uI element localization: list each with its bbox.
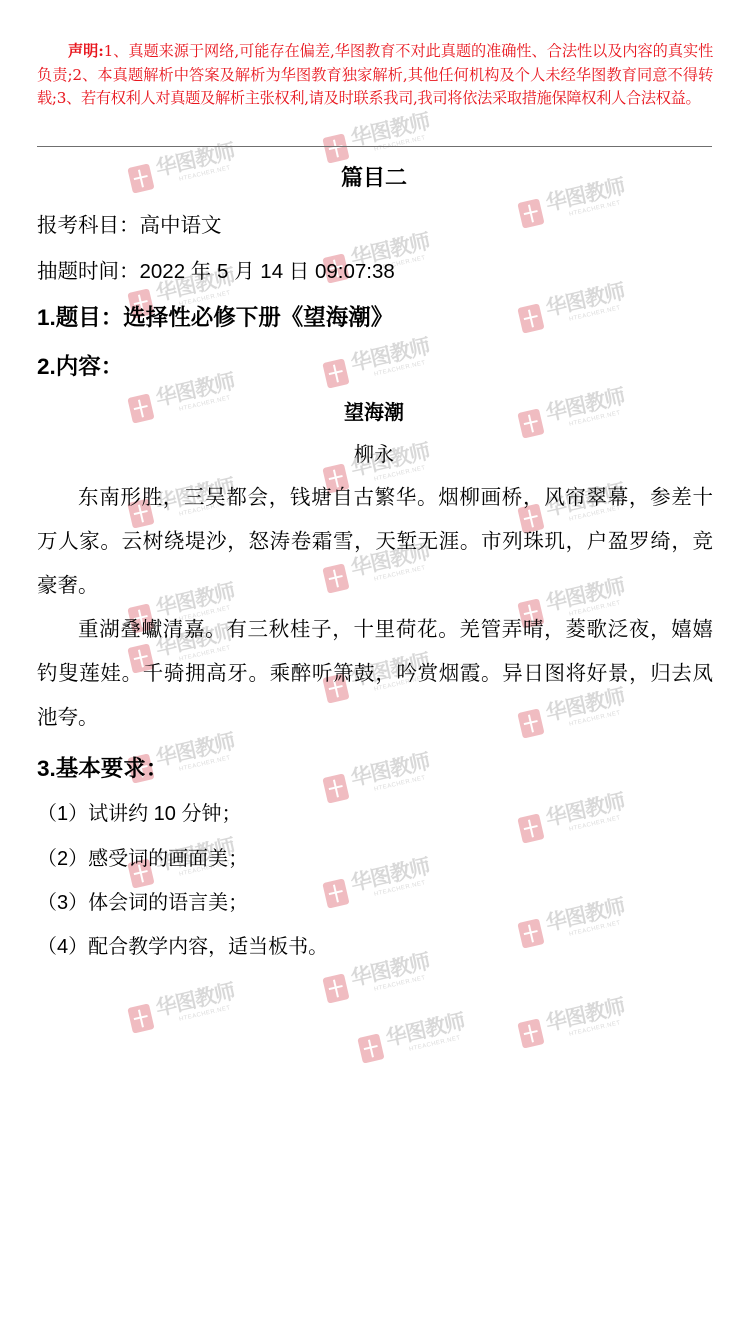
watermark: 华图教师HTEACHER.NET xyxy=(320,327,447,397)
huatu-logo-icon xyxy=(517,198,544,228)
topic-heading: 1.题目：选择性必修下册《望海潮》 xyxy=(37,303,393,333)
watermark: 华图教师HTEACHER.NET xyxy=(320,102,447,172)
watermark-brand: 华图教师 xyxy=(544,280,627,321)
watermark-brand: 华图教师 xyxy=(384,1010,467,1051)
watermark-sub: HTEACHER.NET xyxy=(568,919,621,939)
huatu-logo-icon xyxy=(517,1018,544,1048)
draw-time-label: 抽题时间： xyxy=(37,260,140,283)
watermark-sub: HTEACHER.NET xyxy=(178,1004,231,1024)
watermark-brand: 华图教师 xyxy=(349,335,432,376)
draw-time-value: 2022 年 5 月 14 日 09:07:38 xyxy=(140,260,395,283)
watermark: 华图教师HTEACHER.NET xyxy=(125,972,252,1042)
poem-paragraph-1: 东南形胜，三吴都会，钱塘自古繁华。烟柳画桥，风帘翠幕，参差十万人家。云树绕堤沙，… xyxy=(37,476,713,608)
watermark-brand: 华图教师 xyxy=(154,980,237,1021)
subject-line: 报考科目：高中语文 xyxy=(37,212,222,240)
watermark-brand: 华图教师 xyxy=(349,950,432,991)
watermark-sub: HTEACHER.NET xyxy=(568,199,621,219)
watermark-sub: HTEACHER.NET xyxy=(373,879,426,899)
draw-time-line: 抽题时间：2022 年 5 月 14 日 09:07:38 xyxy=(37,258,395,286)
huatu-logo-icon xyxy=(322,133,349,163)
poem-paragraph-2: 重湖叠巘清嘉。有三秋桂子，十里荷花。羌管弄晴，菱歌泛夜，嬉嬉钓叟莲娃。千骑拥高牙… xyxy=(37,608,713,740)
huatu-logo-icon xyxy=(322,973,349,1003)
watermark: 华图教师HTEACHER.NET xyxy=(515,987,642,1057)
watermark: 华图教师HTEACHER.NET xyxy=(320,742,447,812)
watermark-sub: HTEACHER.NET xyxy=(373,774,426,794)
huatu-logo-icon xyxy=(517,303,544,333)
watermark: 华图教师HTEACHER.NET xyxy=(355,1002,482,1072)
watermark-sub: HTEACHER.NET xyxy=(373,134,426,154)
watermark-sub: HTEACHER.NET xyxy=(568,814,621,834)
subject-label: 报考科目： xyxy=(37,214,140,237)
disclaimer-lead: 声明: xyxy=(68,42,104,60)
poem-author: 柳永 xyxy=(0,441,748,469)
watermark-brand: 华图教师 xyxy=(349,750,432,791)
requirement-item-1: （1）试讲约 10 分钟； xyxy=(37,800,241,828)
requirements-heading: 3.基本要求： xyxy=(37,754,168,784)
poem-title: 望海潮 xyxy=(0,399,748,427)
content-heading: 2.内容： xyxy=(37,352,123,382)
document-page: 华图教师HTEACHER.NET华图教师HTEACHER.NET华图教师HTEA… xyxy=(0,0,748,1335)
watermark: 华图教师HTEACHER.NET xyxy=(320,942,447,1012)
disclaimer-text: 1、真题来源于网络,可能存在偏差,华图教育不对此真题的准确性、合法性以及内容的真… xyxy=(37,42,713,107)
watermark-sub: HTEACHER.NET xyxy=(178,754,231,774)
watermark-sub: HTEACHER.NET xyxy=(568,1019,621,1039)
requirement-item-2: （2）感受词的画面美； xyxy=(37,845,248,873)
watermark-brand: 华图教师 xyxy=(544,895,627,936)
huatu-logo-icon xyxy=(322,773,349,803)
disclaimer: 声明:1、真题来源于网络,可能存在偏差,华图教育不对此真题的准确性、合法性以及内… xyxy=(37,40,713,111)
watermark: 华图教师HTEACHER.NET xyxy=(515,887,642,957)
watermark-sub: HTEACHER.NET xyxy=(568,304,621,324)
subject-value: 高中语文 xyxy=(140,214,222,237)
huatu-logo-icon xyxy=(517,813,544,843)
watermark: 华图教师HTEACHER.NET xyxy=(515,272,642,342)
section-title: 篇目二 xyxy=(0,163,748,193)
huatu-logo-icon xyxy=(517,918,544,948)
huatu-logo-icon xyxy=(357,1033,384,1063)
watermark-sub: HTEACHER.NET xyxy=(373,359,426,379)
watermark-sub: HTEACHER.NET xyxy=(373,974,426,994)
huatu-logo-icon xyxy=(322,878,349,908)
watermark-brand: 华图教师 xyxy=(544,790,627,831)
requirement-item-3: （3）体会词的语言美； xyxy=(37,889,248,917)
watermark: 华图教师HTEACHER.NET xyxy=(515,782,642,852)
topic-label: 1.题目： xyxy=(37,305,123,330)
topic-value: 选择性必修下册《望海潮》 xyxy=(123,305,393,330)
requirement-item-4: （4）配合教学内容，适当板书。 xyxy=(37,933,328,961)
watermark-brand: 华图教师 xyxy=(544,995,627,1036)
huatu-logo-icon xyxy=(127,1003,154,1033)
huatu-logo-icon xyxy=(322,358,349,388)
watermark-brand: 华图教师 xyxy=(349,855,432,896)
watermark: 华图教师HTEACHER.NET xyxy=(320,847,447,917)
watermark-sub: HTEACHER.NET xyxy=(408,1034,461,1054)
divider xyxy=(37,146,712,147)
